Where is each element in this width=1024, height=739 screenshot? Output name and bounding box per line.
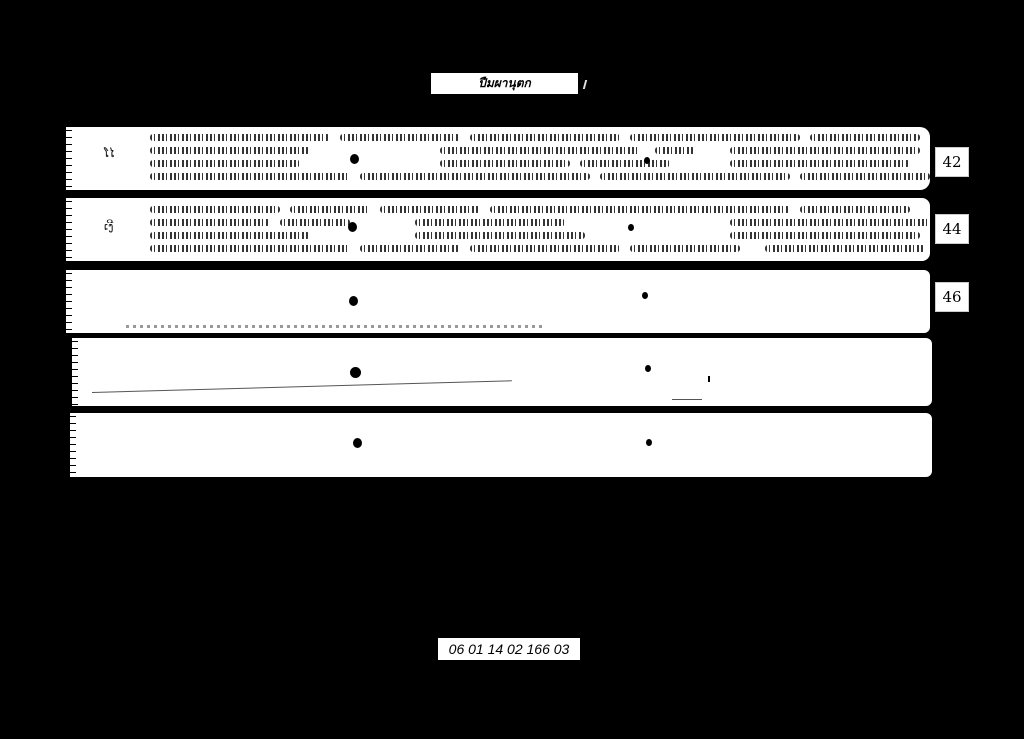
binding-hole <box>642 292 648 299</box>
binding-hole <box>353 438 362 448</box>
script-lines <box>150 131 912 183</box>
palm-leaf-1: ໂໄ <box>66 127 930 190</box>
binding-hole <box>350 154 359 164</box>
page-number-44: 44 <box>935 214 969 244</box>
binding-hole <box>349 296 358 306</box>
palm-leaf-5-blank <box>70 413 932 477</box>
document-title-label: ปืมผานุตก <box>431 73 578 94</box>
leaf-scratch <box>92 380 512 393</box>
palm-leaf-2: ເງີ <box>66 198 930 261</box>
binding-hole <box>644 157 650 164</box>
page-number-42: 42 <box>935 147 969 177</box>
script-lines <box>150 203 912 255</box>
scan-mark <box>583 80 587 89</box>
palm-leaf-3-blank <box>66 270 930 333</box>
ink-speck <box>708 376 710 382</box>
binding-hole <box>350 367 361 378</box>
catalog-code-label: 06 01 14 02 166 03 <box>438 638 580 660</box>
binding-hole <box>628 224 634 231</box>
leaf-marker: ໂໄ <box>104 147 114 160</box>
leaf-stain <box>126 325 546 328</box>
leaf-marker: ເງີ <box>104 220 113 233</box>
page-number-46: 46 <box>935 282 969 312</box>
leaf-scratch <box>672 399 702 400</box>
binding-hole <box>646 439 652 446</box>
binding-hole <box>348 222 357 232</box>
binding-hole <box>645 365 651 372</box>
palm-leaf-4-blank <box>72 338 932 406</box>
